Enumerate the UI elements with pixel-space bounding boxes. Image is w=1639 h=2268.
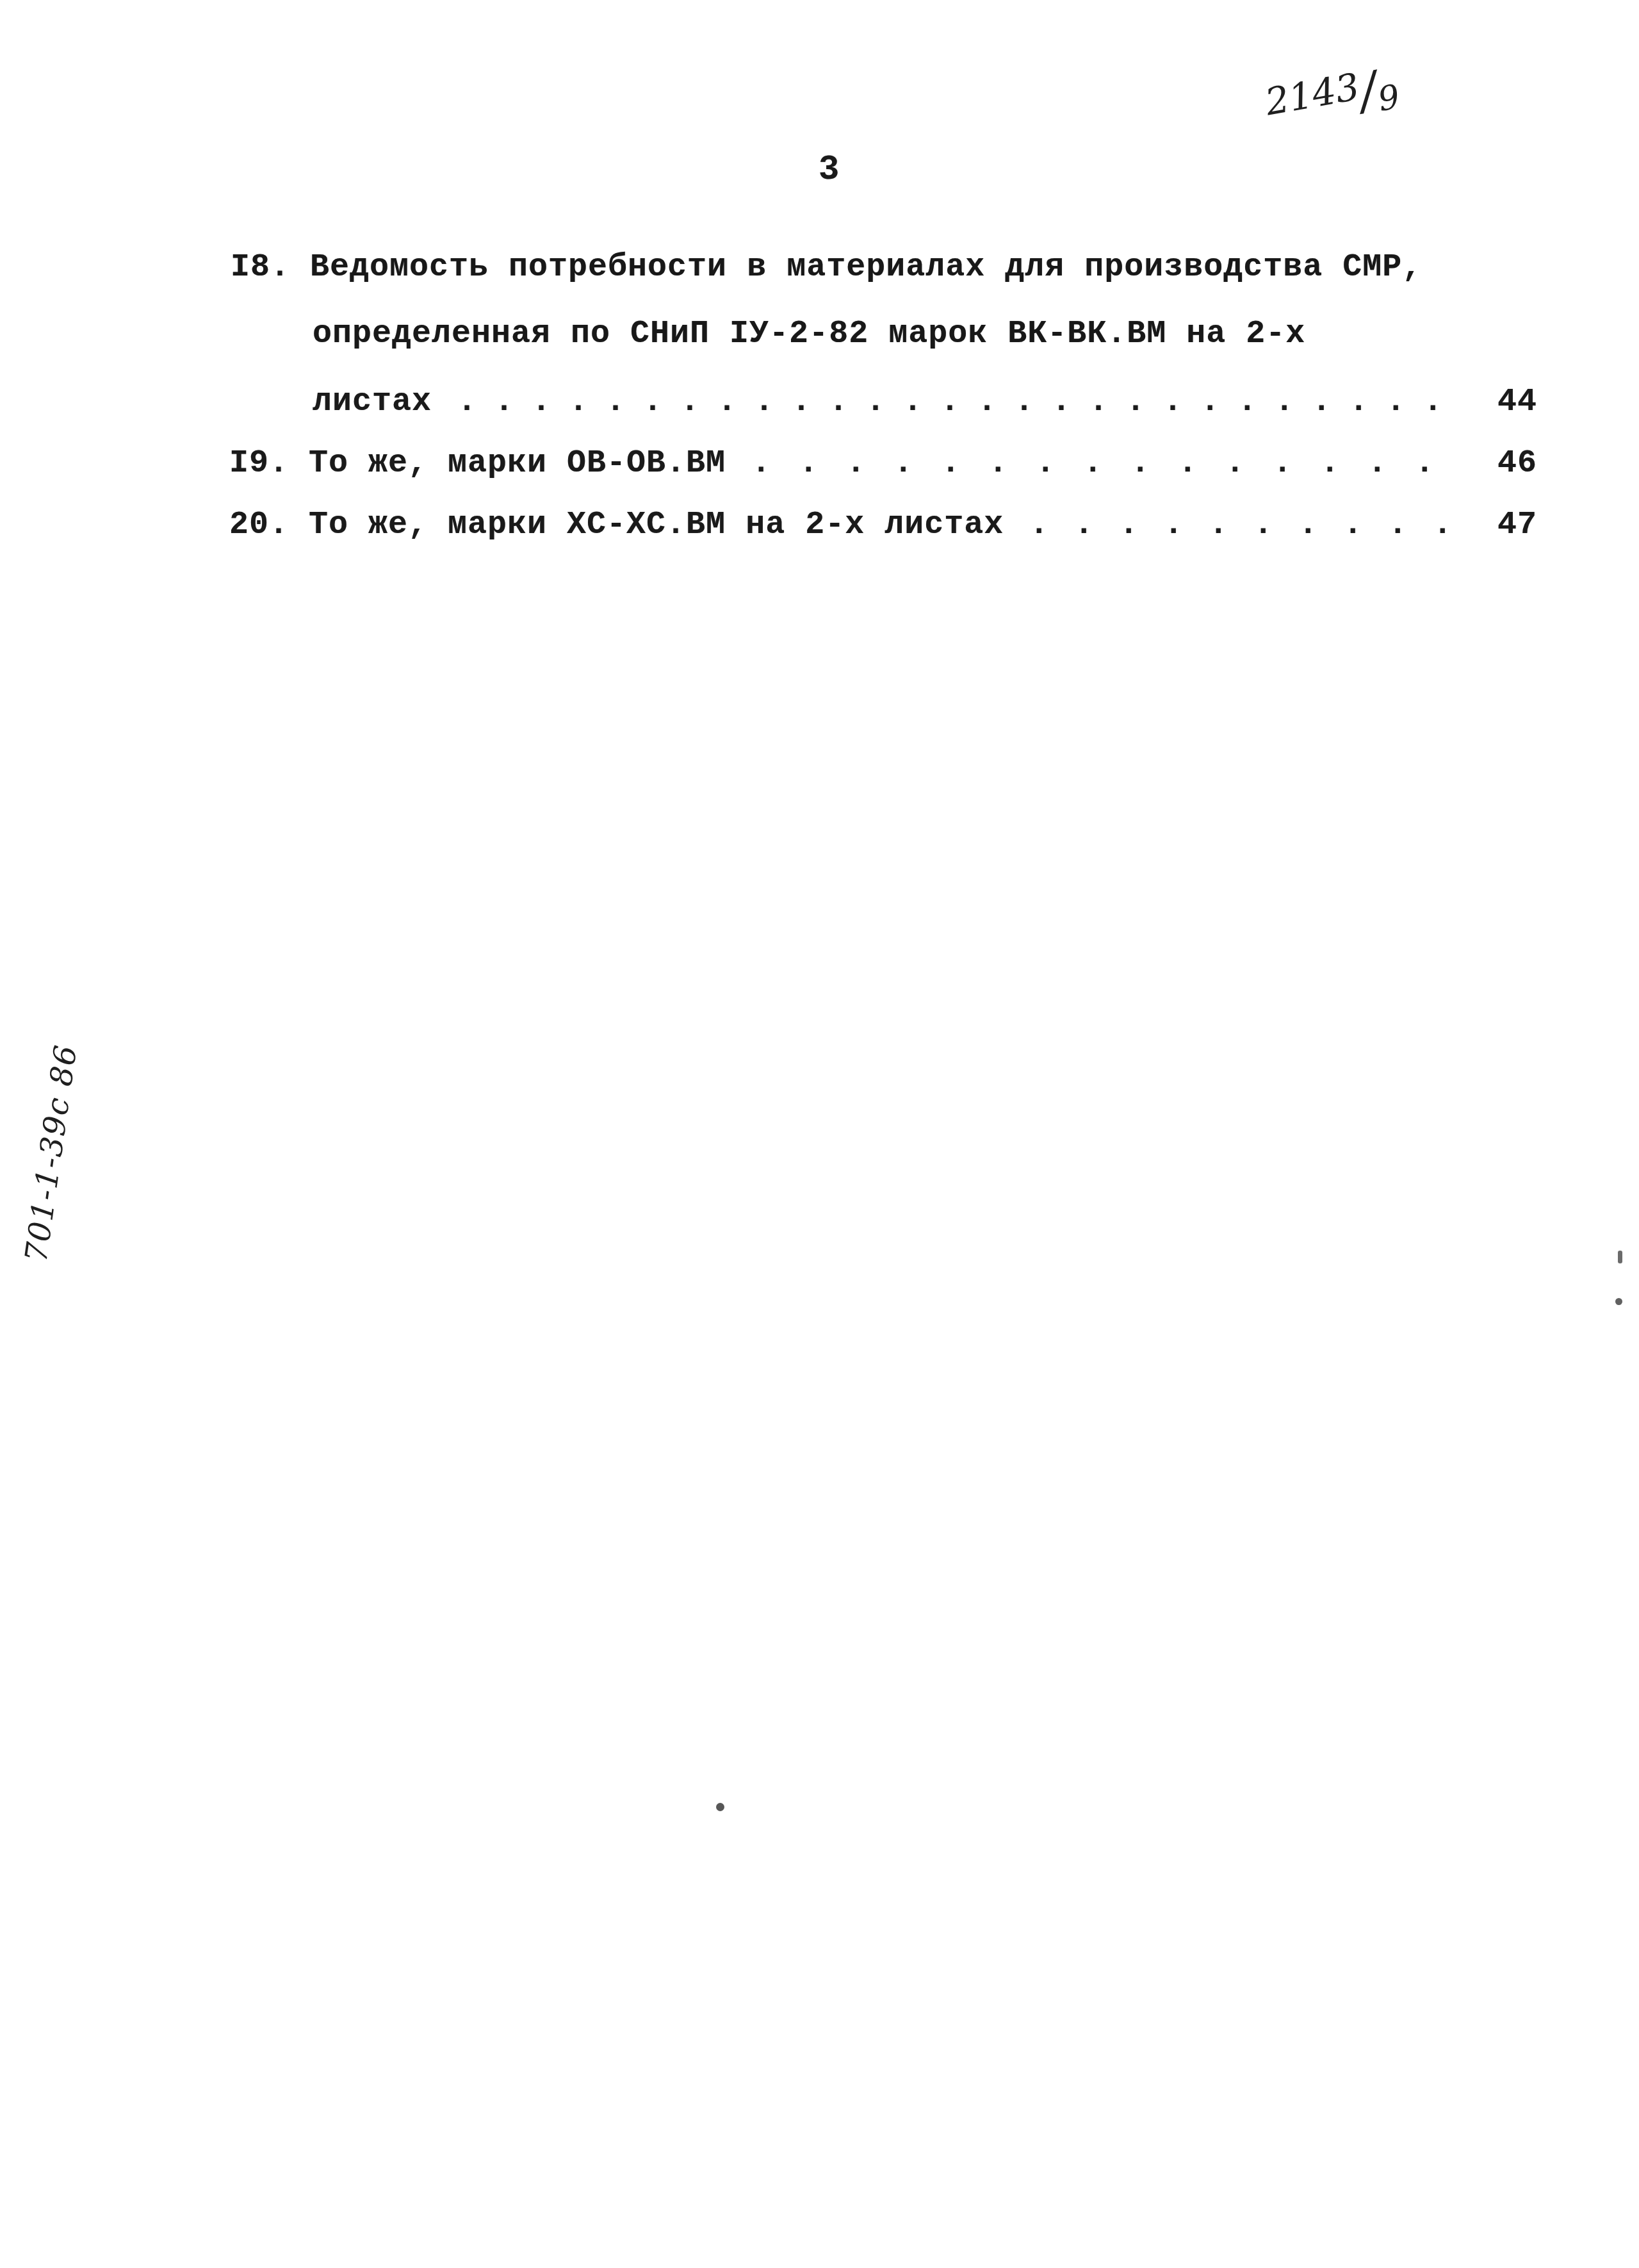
leader-dots: .......... (1029, 506, 1467, 545)
toc-item-20-page: 47 (1492, 506, 1537, 545)
toc-item-19-page: 46 (1492, 445, 1537, 483)
toc-item-18-line-3: листах ........................... 44 (313, 383, 1537, 422)
handwritten-ref: 2143/9 (1262, 58, 1402, 138)
toc-item-18-page: 44 (1492, 383, 1537, 422)
scan-speck (716, 1803, 724, 1811)
leader-dots: ........................... (457, 383, 1467, 422)
document-page: 2143/9 3 I8. Ведомость потребности в мат… (0, 0, 1639, 2268)
toc-item-19: I9. То же, марки ОВ-ОВ.ВМ ..............… (229, 445, 1537, 483)
page-number: 3 (819, 151, 839, 190)
toc-item-20: 20. То же, марки ХС-ХС.ВМ на 2-х листах … (229, 506, 1537, 545)
leader-dots: ............... (751, 445, 1467, 483)
toc-item-18-label: листах (313, 383, 432, 422)
scan-speck (1615, 1298, 1622, 1305)
handwritten-ref-main: 2143 (1262, 65, 1362, 124)
scan-speck (1618, 1251, 1622, 1263)
toc-item-20-label: 20. То же, марки ХС-ХС.ВМ на 2-х листах (229, 506, 1004, 545)
toc-item-19-label: I9. То же, марки ОВ-ОВ.ВМ (229, 445, 726, 483)
toc-item-18-line-1: I8. Ведомость потребности в материалах д… (231, 249, 1422, 287)
toc-item-18-line-2: определенная по СНиП IУ-2-82 марок ВК-ВК… (313, 315, 1305, 354)
side-code: 701-1-39с 86 (18, 1042, 84, 1264)
